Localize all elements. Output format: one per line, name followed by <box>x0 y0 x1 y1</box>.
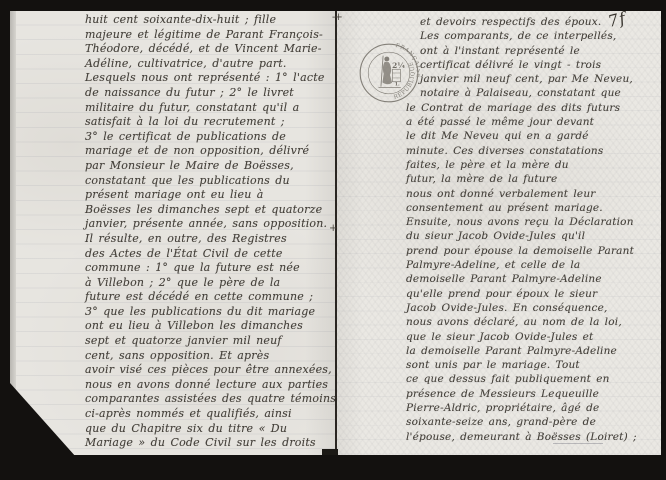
handwritten-line: prend pour épouse la demoiselle Parant <box>406 244 662 258</box>
handwritten-line: avoir visé ces pièces pour être annexées… <box>85 363 337 378</box>
handwritten-line: soixante-seize ans, grand-père de <box>406 415 662 429</box>
handwritten-line: constatant que les publications du <box>85 174 337 189</box>
handwritten-line: satisfait à la loi du recrutement ; <box>85 115 337 130</box>
scanned-document-spread: RÉPUBLIQUE FRANÇAISE 2¼ 1. huit cent soi… <box>0 0 666 480</box>
handwritten-line: Les comparants, de ce interpellés, <box>406 29 662 43</box>
handwritten-line: faites, le père et la mère du <box>406 158 662 172</box>
handwritten-line: janvier mil neuf cent, par Me Neveu, <box>406 72 662 86</box>
handwritten-line: Adéline, cultivatrice, d'autre part. <box>85 57 337 72</box>
margin-cross-mark-top: -+ <box>332 12 342 23</box>
handwritten-line: sept et quatorze janvier mil neuf <box>85 334 337 349</box>
handwritten-line: demoiselle Parant Palmyre-Adeline <box>406 272 662 286</box>
handwritten-line: Pierre-Aldric, propriétaire, âgé de <box>406 401 662 415</box>
handwritten-line: du sieur Jacob Ovide-Jules qu'il <box>406 229 662 243</box>
handwritten-line: Ensuite, nous avons reçu la Déclaration <box>406 215 662 229</box>
handwritten-line: à Villebon ; 2° que le père de la <box>85 276 337 291</box>
handwritten-line: de naissance du futur ; 2° le livret <box>85 86 337 101</box>
handwritten-line: 3° que les publications du dit mariage <box>85 305 337 320</box>
handwritten-line: huit cent soixante-dix-huit ; fille <box>85 13 337 28</box>
handwritten-line: commune : 1° que la future est née <box>85 261 337 276</box>
handwritten-line: nous en avons donné lecture aux parties <box>85 378 337 393</box>
handwritten-line: ci-après nommés et qualifiés, ainsi <box>85 407 337 422</box>
handwritten-line: futur, la mère de la future <box>406 172 662 186</box>
scan-border-right <box>661 0 666 480</box>
handwritten-line: des Actes de l'État Civil de cette <box>85 247 337 262</box>
handwritten-line: Palmyre-Adeline, et celle de la <box>406 258 662 272</box>
stamp-value: 2¼ <box>392 61 405 70</box>
handwritten-line: Mariage » du Code Civil sur les droits <box>85 436 337 451</box>
handwritten-line: Lesquels nous ont représenté : 1° l'acte <box>85 71 337 86</box>
stamp-value-secondary: 1. <box>395 81 400 87</box>
handwritten-line: présent mariage ont eu lieu à <box>85 188 337 203</box>
handwritten-line: Jacob Ovide-Jules. En conséquence, <box>406 301 662 315</box>
scan-border-bottom <box>0 455 666 480</box>
handwritten-line: le dit Me Neveu qui en a gardé <box>406 129 662 143</box>
right-page-text: et devoirs respectifs des époux.Les comp… <box>406 15 662 444</box>
handwritten-line: 3° le certificat de publications de <box>85 130 337 145</box>
handwritten-line: consentement au présent mariage. <box>406 201 662 215</box>
handwritten-line: Boësses les dimanches sept et quatorze <box>85 203 337 218</box>
handwritten-line: a été passé le même jour devant <box>406 115 662 129</box>
handwritten-line: minute. Ces diverses constatations <box>406 144 662 158</box>
handwritten-line: nous ont donné verbalement leur <box>406 187 662 201</box>
handwritten-line: la demoiselle Parant Palmyre-Adeline <box>406 344 662 358</box>
handwritten-line: certificat délivré le vingt - trois <box>406 58 662 72</box>
left-page-text: huit cent soixante-dix-huit ; fillemajeu… <box>85 13 337 451</box>
handwritten-line: Il résulte, en outre, des Registres <box>85 232 337 247</box>
handwritten-line: ont à l'instant représenté le <box>406 44 662 58</box>
handwritten-line: l'épouse, demeurant à Boësses (Loiret) ; <box>406 430 662 444</box>
scan-border-left <box>0 0 10 480</box>
handwritten-line: militaire du futur, constatant qu'il a <box>85 101 337 116</box>
handwritten-line: le Contrat de mariage des dits futurs <box>406 101 662 115</box>
margin-cross-mark-middle: + <box>329 223 337 234</box>
handwritten-line: que du Chapitre six du titre « Du <box>85 422 337 437</box>
handwritten-line: ont eu lieu à Villebon les dimanches <box>85 319 337 334</box>
handwritten-line: notaire à Palaiseau, constatant que <box>406 86 662 100</box>
handwritten-line: future est décédé en cette commune ; <box>85 290 337 305</box>
handwritten-line: que le sieur Jacob Ovide-Jules et <box>406 330 662 344</box>
scan-border-top <box>0 0 666 11</box>
handwritten-line: Théodore, décédé, et de Vincent Marie- <box>85 42 337 57</box>
handwritten-line: sont unis par le mariage. Tout <box>406 358 662 372</box>
handwritten-line: comparantes assistées des quatre témoins <box>85 392 337 407</box>
faint-underline <box>553 443 603 444</box>
handwritten-line: ce que dessus fait publiquement en <box>406 372 662 386</box>
handwritten-line: mariage et de non opposition, délivré <box>85 144 337 159</box>
handwritten-line: présence de Messieurs Lequeuille <box>406 387 662 401</box>
handwritten-line: nous avons déclaré, au nom de la loi, <box>406 315 662 329</box>
handwritten-line: qu'elle prend pour époux le sieur <box>406 287 662 301</box>
handwritten-line: majeure et légitime de Parant François- <box>85 28 337 43</box>
handwritten-line: cent, sans opposition. Et après <box>85 349 337 364</box>
handwritten-line: janvier, présente année, sans opposition… <box>85 217 337 232</box>
book-spread-photo: RÉPUBLIQUE FRANÇAISE 2¼ 1. huit cent soi… <box>10 11 661 457</box>
handwritten-line: par Monsieur le Maire de Boësses, <box>85 159 337 174</box>
